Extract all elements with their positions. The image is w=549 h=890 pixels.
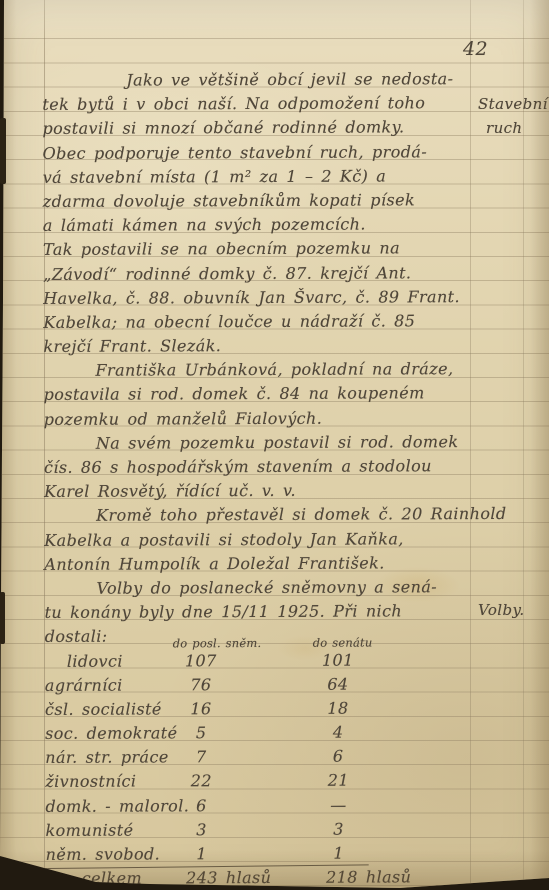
manuscript-line: postavila si rod. domek č. 84 na koupené… bbox=[44, 382, 470, 408]
senate-votes: 64 bbox=[308, 672, 368, 696]
party-label: čsl. socialisté bbox=[45, 697, 162, 722]
senate-votes: 21 bbox=[308, 769, 368, 793]
table-row: lidovci 107 101 bbox=[45, 648, 471, 674]
manuscript-line: „Závodí“ rodinné domky č. 87. krejčí Ant… bbox=[43, 261, 469, 287]
senate-votes: 3 bbox=[308, 817, 368, 841]
manuscript-line: tu konány byly dne 15/11 1925. Při nich bbox=[45, 599, 471, 625]
manuscript-line: Volby do poslanecké sněmovny a sená- bbox=[44, 575, 470, 601]
manuscript-text: Jako ve většině obcí jevil se nedosta- t… bbox=[42, 67, 472, 890]
table-row: živnostníci 22 21 bbox=[45, 769, 471, 795]
chamber-votes: 5 bbox=[171, 721, 231, 745]
manuscript-line: Na svém pozemku postavil si rod. domek bbox=[44, 430, 470, 456]
senate-votes: 4 bbox=[308, 721, 368, 745]
table-row: něm. svobod. 1 1 bbox=[46, 841, 472, 867]
table-row: nár. str. práce 7 6 bbox=[45, 744, 471, 770]
manuscript-line: a lámati kámen na svých pozemcích. bbox=[43, 212, 469, 238]
totals-chamber: 243 hlasů bbox=[164, 866, 294, 890]
senate-votes: 18 bbox=[308, 696, 368, 720]
manuscript-line: Havelka, č. 88. obuvník Jan Švarc, č. 89… bbox=[43, 285, 469, 311]
senate-votes: — bbox=[308, 793, 368, 817]
table-header-label: dostali: bbox=[45, 627, 108, 646]
party-label: lidovci bbox=[45, 649, 123, 674]
table-row: domk. - malorol. 6 — bbox=[45, 793, 471, 819]
senate-votes: 6 bbox=[308, 745, 368, 769]
party-label: domk. - malorol. bbox=[45, 794, 189, 819]
party-label: soc. demokraté bbox=[45, 721, 177, 746]
table-totals-row: celkem 243 hlasů 218 hlasů bbox=[46, 865, 472, 890]
chamber-votes: 1 bbox=[172, 842, 232, 866]
party-label: něm. svobod. bbox=[46, 842, 161, 867]
table-row: komunisté 3 3 bbox=[45, 817, 471, 843]
scan-background: 42 Stavební ruch Volby. Jako ve většině … bbox=[0, 0, 549, 890]
manuscript-line: čís. 86 s hospodářským stavením a stodol… bbox=[44, 454, 470, 480]
table-row: čsl. socialisté 16 18 bbox=[45, 696, 471, 722]
manuscript-line: krejčí Frant. Slezák. bbox=[43, 333, 469, 359]
party-label: nár. str. práce bbox=[45, 746, 169, 771]
party-label: komunisté bbox=[45, 818, 133, 843]
manuscript-line: Tak postavili se na obecním pozemku na bbox=[43, 236, 469, 262]
manuscript-line: Kromě toho přestavěl si domek č. 20 Rain… bbox=[44, 502, 470, 528]
chronicle-page: 42 Stavební ruch Volby. Jako ve většině … bbox=[0, 0, 549, 890]
manuscript-line: pozemku od manželů Fialových. bbox=[44, 406, 470, 432]
party-label: živnostníci bbox=[45, 770, 136, 795]
manuscript-line: Antonín Humpolík a Doležal František. bbox=[44, 551, 470, 577]
torn-edge bbox=[0, 118, 6, 184]
manuscript-line: Obec podporuje tento stavební ruch, prod… bbox=[43, 140, 469, 166]
margin-note-ruch: ruch bbox=[478, 116, 549, 140]
chamber-votes: 7 bbox=[171, 745, 231, 769]
election-table-header: dostali: do posl. sněm. do senátu bbox=[45, 623, 471, 649]
manuscript-line: Kabelka; na obecní loučce u nádraží č. 8… bbox=[43, 309, 469, 335]
margin-note-stavebni: Stavební bbox=[478, 92, 548, 116]
chamber-votes: 107 bbox=[171, 649, 231, 673]
totals-senate: 218 hlasů bbox=[304, 865, 434, 890]
manuscript-line: Kabelka a postavili si stodoly Jan Kaňka… bbox=[44, 527, 470, 553]
chamber-votes: 76 bbox=[171, 673, 231, 697]
torn-edge bbox=[0, 592, 5, 644]
manuscript-line: Karel Rosvětý, řídící uč. v. v. bbox=[44, 478, 470, 504]
manuscript-line: Jako ve většině obcí jevil se nedosta- bbox=[42, 67, 468, 93]
manuscript-line: zdarma dovoluje stavebníkům kopati písek bbox=[43, 188, 469, 214]
margin-note-volby: Volby. bbox=[478, 598, 548, 622]
chamber-votes: 6 bbox=[171, 794, 231, 818]
totals-label: celkem bbox=[82, 867, 142, 890]
manuscript-line: vá stavební místa (1 m² za 1 – 2 Kč) a bbox=[43, 164, 469, 190]
table-row: soc. demokraté 5 4 bbox=[45, 720, 471, 746]
senate-votes: 1 bbox=[309, 842, 369, 866]
chamber-votes: 3 bbox=[171, 818, 231, 842]
manuscript-line: tek bytů i v obci naší. Na odpomožení to… bbox=[42, 91, 468, 117]
page-number: 42 bbox=[463, 38, 488, 60]
manuscript-line: Františka Urbánková, pokladní na dráze, bbox=[43, 357, 469, 383]
senate-votes: 101 bbox=[308, 648, 368, 672]
manuscript-line: postavili si mnozí občané rodinné domky. bbox=[42, 115, 468, 141]
chamber-votes: 16 bbox=[171, 697, 231, 721]
table-row: agrárníci 76 64 bbox=[45, 672, 471, 698]
chamber-votes: 22 bbox=[171, 770, 231, 794]
party-label: agrárníci bbox=[45, 673, 123, 698]
